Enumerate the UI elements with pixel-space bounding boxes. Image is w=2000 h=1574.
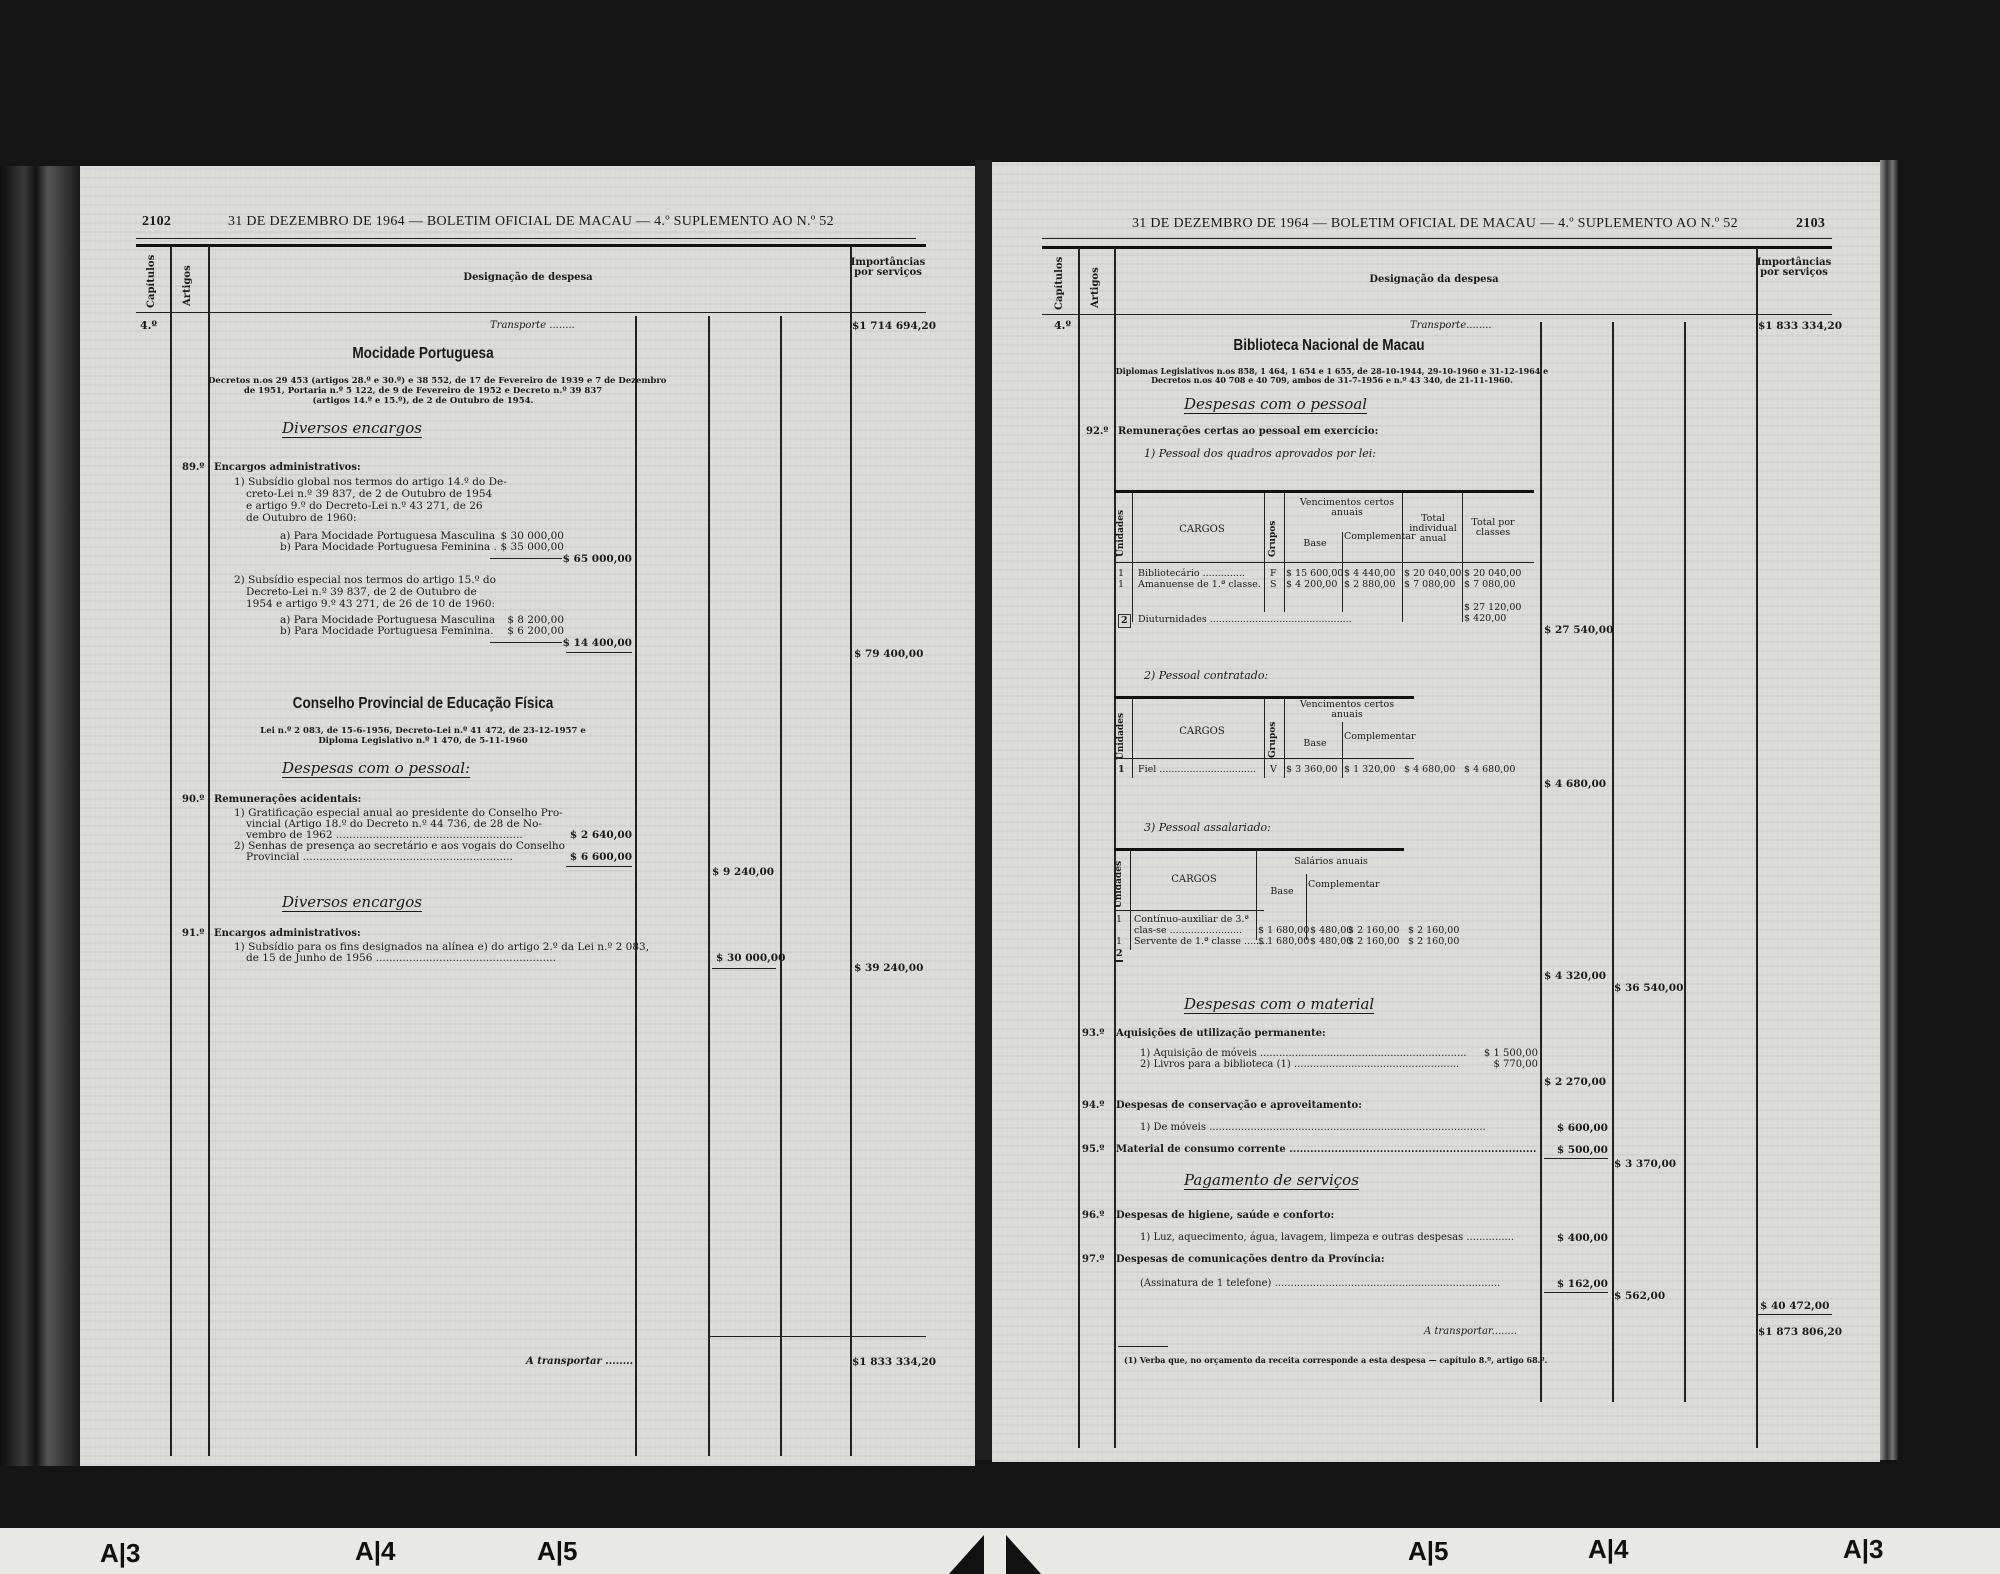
page-number: 2102 bbox=[142, 216, 171, 228]
page-number: 2103 bbox=[1796, 218, 1825, 230]
table-cell: $ 1 680,00 bbox=[1258, 936, 1309, 948]
table-cell: $ 2 160,00 bbox=[1408, 936, 1459, 948]
article-title: Remunerações acidentais: bbox=[214, 794, 361, 806]
col-line bbox=[1264, 492, 1265, 612]
table-header: Grupos bbox=[1268, 718, 1278, 758]
amount: $ 4 320,00 bbox=[1544, 970, 1606, 982]
column-header-rule bbox=[1042, 314, 1832, 315]
table-header: Grupos bbox=[1268, 517, 1278, 557]
column-header-rule bbox=[136, 312, 926, 313]
table-cell: Amanuense de 1.ª classe. bbox=[1138, 579, 1261, 591]
table-rule bbox=[1114, 910, 1264, 911]
subheading: Diversos encargos bbox=[282, 896, 422, 908]
col-line bbox=[1756, 248, 1758, 1448]
table-cell: Fiel ................................ bbox=[1138, 764, 1256, 776]
article-title: Material de consumo corrente ...........… bbox=[1116, 1144, 1536, 1156]
section-total: $ 40 472,00 bbox=[1760, 1300, 1829, 1312]
film-mark: A|5 bbox=[1408, 1536, 1449, 1567]
table-cell: $ 1 320,00 bbox=[1344, 764, 1395, 776]
subheading: Diversos encargos bbox=[282, 422, 422, 434]
article-number: 89.º bbox=[182, 462, 204, 474]
footnote: (1) Verba que, no orçamento da receita c… bbox=[1124, 1354, 1547, 1366]
article-number: 91.º bbox=[182, 928, 204, 940]
col-line bbox=[850, 246, 852, 1456]
article-number: 92.º bbox=[1086, 426, 1108, 438]
film-triangle-left-icon bbox=[948, 1535, 984, 1574]
article-title: Despesas de comunicações dentro da Proví… bbox=[1116, 1254, 1385, 1266]
table-cell: 2 bbox=[1116, 948, 1123, 962]
item-text: 1954 e artigo 9.º 43 271, de 26 de 10 de… bbox=[246, 598, 495, 610]
column-header-designacao: Designação de despesa bbox=[208, 272, 848, 284]
amount: $ 4 680,00 bbox=[1544, 778, 1606, 790]
table-cell: $ 4 680,00 bbox=[1404, 764, 1455, 776]
legal-basis-line: Diploma Legislativo n.º 1 470, de 5-11-1… bbox=[208, 736, 638, 746]
article-title: Despesas de conservação e aproveitamento… bbox=[1116, 1100, 1362, 1112]
item-text: 1) Luz, aquecimento, água, lavagem, limp… bbox=[1140, 1232, 1514, 1244]
transporte-value: $1 714 694,20 bbox=[852, 320, 936, 332]
transporte-label: Transporte........ bbox=[1410, 320, 1492, 332]
item-text: b) Para Mocidade Portuguesa Feminina . bbox=[280, 541, 497, 553]
header-rule bbox=[136, 238, 916, 239]
col-line bbox=[208, 246, 210, 1456]
column-header-capitulos: Capítulos bbox=[1054, 258, 1065, 310]
col-line bbox=[635, 316, 637, 1456]
book-edge-right bbox=[1880, 160, 1898, 1460]
article-title: Encargos administrativos: bbox=[214, 462, 361, 474]
col-line bbox=[1130, 850, 1131, 950]
item-text: (Assinatura de 1 telefone) .............… bbox=[1140, 1278, 1500, 1290]
table-header: Unidades bbox=[1114, 858, 1124, 908]
running-header: 31 DE DEZEMBRO DE 1964 — BOLETIM OFICIAL… bbox=[228, 216, 834, 228]
sum-rule bbox=[1544, 1292, 1608, 1293]
subsection-title: 3) Pessoal assalariado: bbox=[1144, 822, 1271, 834]
subheading: Despesas com o pessoal bbox=[1184, 398, 1367, 410]
film-mark: A|4 bbox=[355, 1536, 396, 1567]
table-header: CARGOS bbox=[1142, 524, 1262, 536]
col-line bbox=[1612, 322, 1614, 1402]
table-cell: $ 7 080,00 bbox=[1464, 579, 1515, 591]
col-line bbox=[1684, 322, 1686, 1402]
a-transportar-label: A transportar ........ bbox=[526, 1356, 633, 1368]
amount: $ 36 540,00 bbox=[1614, 982, 1683, 994]
table-header: Vencimentos certos anuais bbox=[1292, 700, 1402, 720]
subheading: Pagamento de serviços bbox=[1184, 1174, 1359, 1186]
col-line bbox=[1132, 492, 1133, 622]
section-title: Mocidade Portuguesa bbox=[240, 348, 606, 360]
section-total: $ 79 400,00 bbox=[854, 648, 923, 660]
table-header: Base bbox=[1288, 738, 1342, 750]
section-total: $ 39 240,00 bbox=[854, 962, 923, 974]
table-header: Unidades bbox=[1116, 507, 1126, 557]
item-text: b) Para Mocidade Portuguesa Feminina. bbox=[280, 625, 494, 637]
table-header: Base bbox=[1258, 886, 1306, 898]
table-cell: $ 2 160,00 bbox=[1348, 936, 1399, 948]
section-title: Biblioteca Nacional de Macau bbox=[1146, 340, 1512, 352]
amount: $ 400,00 bbox=[1542, 1232, 1608, 1244]
table-header: Unidades bbox=[1116, 710, 1126, 760]
column-header-artigos: Artigos bbox=[1090, 264, 1101, 308]
sum-rule bbox=[712, 968, 776, 969]
amount: $ 562,00 bbox=[1614, 1290, 1665, 1302]
capitulo-number: 4.º bbox=[1054, 320, 1071, 332]
article-title: Despesas de higiene, saúde e conforto: bbox=[1116, 1210, 1334, 1222]
table-cell: 2 bbox=[1118, 614, 1131, 628]
table-header: Complementar bbox=[1344, 732, 1402, 742]
col-line bbox=[1342, 722, 1343, 778]
item-text: Provincial .............................… bbox=[246, 851, 513, 863]
table-cell: 1 bbox=[1118, 764, 1125, 776]
table-header: Total por classes bbox=[1464, 518, 1522, 538]
section-title: Conselho Provincial de Educação Física bbox=[240, 698, 606, 710]
table-rule bbox=[1114, 490, 1534, 493]
item-text: Decreto-Lei n.º 39 837, de 2 de Outubro … bbox=[246, 586, 477, 598]
subheading: Despesas com o material bbox=[1184, 998, 1374, 1010]
sum-rule bbox=[566, 866, 632, 867]
amount: $ 770,00 bbox=[1462, 1059, 1538, 1071]
header-rule-thick bbox=[136, 244, 926, 247]
amount: $ 30 000,00 bbox=[716, 952, 785, 964]
table-cell: 1 bbox=[1116, 914, 1122, 926]
amount: $ 6 200,00 bbox=[480, 625, 564, 637]
amount: $ 6 600,00 bbox=[560, 851, 632, 863]
amount: $ 2 270,00 bbox=[1544, 1076, 1606, 1088]
table-header: CARGOS bbox=[1142, 726, 1262, 738]
footnote-rule bbox=[1118, 1346, 1168, 1347]
amount: $ 600,00 bbox=[1542, 1122, 1608, 1134]
header-rule-thick bbox=[1042, 246, 1832, 249]
table-header: Salários anuais bbox=[1258, 856, 1404, 868]
article-title: Aquisições de utilização permanente: bbox=[1116, 1028, 1326, 1040]
table-cell: $ 480,00 bbox=[1310, 936, 1352, 948]
left-page: 2102 31 DE DEZEMBRO DE 1964 — BOLETIM OF… bbox=[80, 166, 975, 1466]
amount: $ 2 640,00 bbox=[560, 829, 632, 841]
table-cell: $ 7 080,00 bbox=[1404, 579, 1455, 591]
item-text: e artigo 9.º do Decreto-Lei n.º 43 271, … bbox=[246, 500, 483, 512]
header-rule bbox=[1042, 238, 1832, 239]
film-mark: A|3 bbox=[100, 1538, 141, 1569]
film-strip bbox=[0, 1528, 2000, 1574]
table-cell: $ 4 680,00 bbox=[1464, 764, 1515, 776]
table-cell: Diuturnidades ..........................… bbox=[1138, 614, 1352, 626]
a-transportar-value: $1 833 334,20 bbox=[852, 1356, 936, 1368]
table-cell: Servente de 1.ª classe ........ bbox=[1134, 936, 1268, 948]
table-cell: $ 420,00 bbox=[1464, 613, 1506, 625]
col-line bbox=[1264, 698, 1265, 778]
col-line bbox=[1256, 850, 1257, 940]
col-line bbox=[708, 316, 710, 1456]
sum-rule bbox=[1758, 1314, 1832, 1315]
film-mark: A|3 bbox=[1843, 1534, 1884, 1565]
table-cell: $ 4 200,00 bbox=[1286, 579, 1337, 591]
item-text: 1) De móveis ...........................… bbox=[1140, 1122, 1486, 1134]
subsection-title: 1) Pessoal dos quadros aprovados por lei… bbox=[1144, 448, 1376, 460]
col-line bbox=[1132, 698, 1133, 778]
amount: $ 35 000,00 bbox=[480, 541, 564, 553]
article-number: 90.º bbox=[182, 794, 204, 806]
column-header-capitulos: Capítulos bbox=[146, 256, 157, 308]
item-text: 2) Livros para a biblioteca (1) ........… bbox=[1140, 1059, 1459, 1071]
column-header-importancias: Importâncias por serviços bbox=[1756, 258, 1832, 278]
amount: $ 65 000,00 bbox=[560, 553, 632, 565]
a-transportar-value: $1 873 806,20 bbox=[1758, 1326, 1842, 1338]
table-cell: 1 bbox=[1118, 579, 1124, 591]
table-header: CARGOS bbox=[1134, 874, 1254, 886]
table-cell: V bbox=[1270, 764, 1277, 776]
column-header-designacao: Designação da despesa bbox=[1114, 274, 1754, 286]
amount: $ 27 540,00 bbox=[1544, 624, 1613, 636]
item-text: 2) Subsídio especial nos termos do artig… bbox=[234, 574, 496, 586]
table-rule bbox=[1114, 848, 1404, 851]
sum-rule bbox=[1544, 1158, 1608, 1159]
legal-basis-line: Decretos n.os 40 708 e 40 709, ambos de … bbox=[1102, 375, 1562, 385]
column-header-importancias: Importâncias por serviços bbox=[850, 258, 926, 278]
book-edge-left bbox=[0, 166, 80, 1466]
transporte-label: Transporte ........ bbox=[490, 320, 575, 332]
sum-rule bbox=[708, 1336, 926, 1337]
col-line bbox=[780, 316, 782, 1456]
running-header: 31 DE DEZEMBRO DE 1964 — BOLETIM OFICIAL… bbox=[1132, 218, 1738, 230]
film-mark: A|4 bbox=[1588, 1534, 1629, 1565]
col-line bbox=[1402, 492, 1403, 622]
film-triangle-right-icon bbox=[1006, 1535, 1042, 1574]
sum-rule bbox=[490, 642, 562, 643]
legal-basis-line: de 1951, Portaria n.º 5 122, de 9 de Fev… bbox=[208, 386, 638, 396]
film-mark: A|5 bbox=[537, 1536, 578, 1567]
table-cell: $ 2 880,00 bbox=[1344, 579, 1395, 591]
amount: $ 500,00 bbox=[1542, 1144, 1608, 1156]
legal-basis-line: (artigos 14.º e 15.º), de 2 de Outubro d… bbox=[208, 396, 638, 406]
article-number: 95.º bbox=[1082, 1144, 1104, 1156]
subsection-title: 2) Pessoal contratado: bbox=[1144, 670, 1268, 682]
item-text: de 15 de Junho de 1956 .................… bbox=[246, 952, 556, 964]
table-cell: Contínuo-auxiliar de 3.ª clas-se .......… bbox=[1134, 914, 1256, 936]
sum-rule bbox=[566, 652, 632, 653]
table-rule bbox=[1114, 758, 1414, 759]
column-header-artigos: Artigos bbox=[182, 262, 193, 306]
table-cell: 1 bbox=[1116, 936, 1122, 948]
table-header: Complementar bbox=[1308, 880, 1368, 890]
table-header: Complementar bbox=[1344, 532, 1402, 542]
capitulo-number: 4.º bbox=[140, 320, 157, 332]
article-number: 96.º bbox=[1082, 1210, 1104, 1222]
item-text: de Outubro de 1960: bbox=[246, 512, 357, 524]
article-number: 94.º bbox=[1082, 1100, 1104, 1112]
amount: $ 3 370,00 bbox=[1614, 1158, 1676, 1170]
transporte-value: $1 833 334,20 bbox=[1758, 320, 1842, 332]
amount: $ 14 400,00 bbox=[560, 637, 632, 649]
table-cell: S bbox=[1270, 579, 1277, 591]
article-title: Encargos administrativos: bbox=[214, 928, 361, 940]
legal-basis-line: Lei n.º 2 083, de 15-6-1956, Decreto-Lei… bbox=[208, 726, 638, 736]
table-cell: $ 3 360,00 bbox=[1286, 764, 1337, 776]
item-text: creto-Lei n.º 39 837, de 2 de Outubro de… bbox=[246, 488, 492, 500]
right-page: 31 DE DEZEMBRO DE 1964 — BOLETIM OFICIAL… bbox=[992, 162, 1880, 1462]
amount: $ 162,00 bbox=[1542, 1278, 1608, 1290]
item-text: 1) Subsídio global nos termos do artigo … bbox=[234, 476, 507, 488]
col-line bbox=[1284, 698, 1285, 778]
book-gutter bbox=[975, 160, 992, 1460]
table-rule bbox=[1114, 562, 1534, 563]
a-transportar-label: A transportar........ bbox=[1424, 1326, 1517, 1338]
subheading: Despesas com o pessoal: bbox=[282, 762, 470, 774]
table-header: Base bbox=[1288, 538, 1342, 550]
col-line bbox=[1078, 248, 1080, 1448]
col-line bbox=[170, 246, 172, 1456]
article-title: Remunerações certas ao pessoal em exercí… bbox=[1118, 426, 1378, 438]
article-number: 97.º bbox=[1082, 1254, 1104, 1266]
legal-basis-line: Decretos n.os 29 453 (artigos 28.º e 30.… bbox=[208, 376, 638, 386]
amount: $ 9 240,00 bbox=[712, 866, 774, 878]
table-header: Total individual anual bbox=[1404, 514, 1462, 544]
col-line bbox=[1462, 492, 1463, 622]
col-line bbox=[1284, 492, 1285, 612]
table-header: Vencimentos certos anuais bbox=[1292, 498, 1402, 518]
sum-rule bbox=[490, 558, 562, 559]
article-number: 93.º bbox=[1082, 1028, 1104, 1040]
